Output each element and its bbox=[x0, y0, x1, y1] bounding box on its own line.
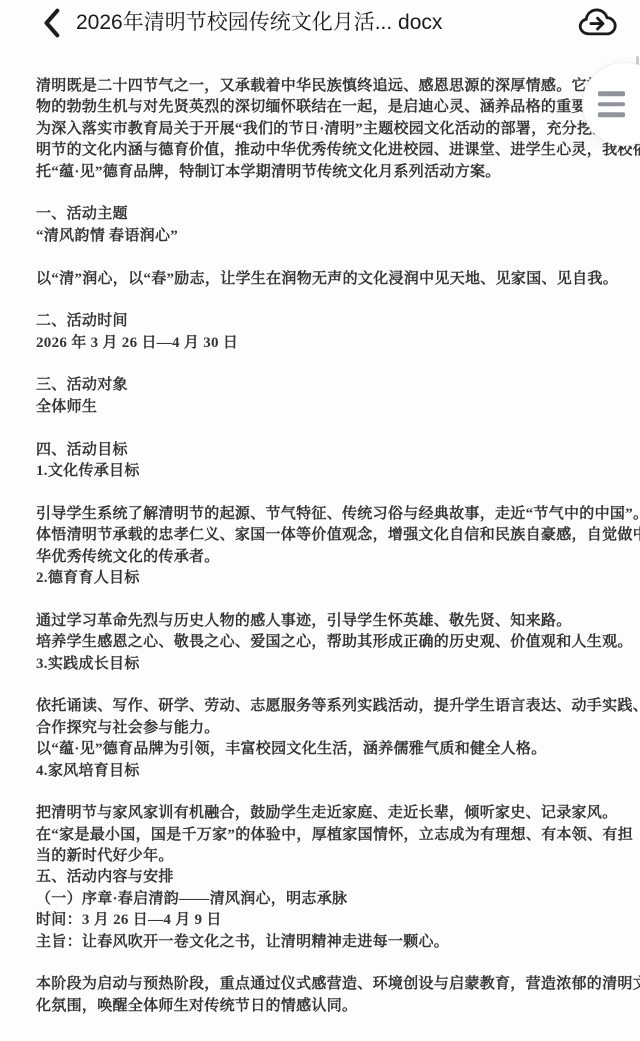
document-line: 全体师生 bbox=[36, 397, 640, 418]
document-line: 五、活动内容与安排 bbox=[36, 867, 640, 888]
document-line bbox=[36, 290, 640, 311]
cloud-upload-icon bbox=[577, 6, 619, 40]
document-line: 通过学习革命先烈与历史人物的感人事迹，引导学生怀英雄、敬先贤、知来路。 bbox=[36, 611, 640, 632]
document-line: 1.文化传承目标 bbox=[36, 461, 640, 482]
document-line: 4.家风培育目标 bbox=[36, 761, 640, 782]
document-line bbox=[36, 183, 640, 204]
document-line: 托“蕴·见”德育品牌，特制订本学期清明节传统文化月系列活动方案。 bbox=[36, 162, 640, 183]
document-line: 化氛围，唤醒全体师生对传统节日的情感认同。 bbox=[36, 996, 640, 1017]
document-body: 清明既是二十四节气之一，又承载着中华民族慎终追远、感恩思源的深厚情感。它把自然物… bbox=[36, 76, 640, 1017]
document-line: 以“清”润心，以“春”励志，让学生在润物无声的文化浸润中见天地、见家国、见自我。 bbox=[36, 269, 640, 290]
document-viewer[interactable]: 清明既是二十四节气之一，又承载着中华民族慎终追远、感恩思源的深厚情感。它把自然物… bbox=[0, 0, 640, 1041]
document-line bbox=[36, 354, 640, 375]
document-line: 2.德育育人目标 bbox=[36, 568, 640, 589]
document-line: 引导学生系统了解清明节的起源、节气特征、传统习俗与经典故事，走近“节气中的中国”… bbox=[36, 504, 640, 525]
back-button[interactable] bbox=[36, 6, 66, 40]
share-button[interactable] bbox=[576, 4, 620, 42]
document-line: 本阶段为启动与预热阶段，重点通过仪式感营造、环境创设与启蒙教育，营造浓郁的清明文 bbox=[36, 974, 640, 995]
document-line bbox=[36, 782, 640, 803]
document-line: 时间：3 月 26 日—4 月 9 日 bbox=[36, 910, 640, 931]
document-line: “清风韵情 春语润心” bbox=[36, 226, 640, 247]
chevron-left-icon bbox=[41, 8, 61, 38]
document-line bbox=[36, 675, 640, 696]
document-line: 物的勃勃生机与对先贤英烈的深切缅怀联结在一起，是启迪心灵、涵养品格的重要教育契 bbox=[36, 97, 640, 118]
document-line: 在“家是最小国，国是千万家”的体验中，厚植家国情怀，立志成为有理想、有本领、有担 bbox=[36, 825, 640, 846]
document-line: 清明既是二十四节气之一，又承载着中华民族慎终追远、感恩思源的深厚情感。它把自然 bbox=[36, 76, 640, 97]
document-line: 3.实践成长目标 bbox=[36, 654, 640, 675]
document-line: 当的新时代好少年。 bbox=[36, 846, 640, 867]
document-line bbox=[36, 418, 640, 439]
document-line: 体悟清明节承载的忠孝仁义、家国一体等价值观念，增强文化自信和民族自豪感，自觉做中 bbox=[36, 525, 640, 546]
document-line: 培养学生感恩之心、敬畏之心、爱国之心，帮助其形成正确的历史观、价值观和人生观。 bbox=[36, 632, 640, 653]
document-line: 依托诵读、写作、研学、劳动、志愿服务等系列实践活动，提升学生语言表达、动手实践、 bbox=[36, 696, 640, 717]
document-line: 二、活动时间 bbox=[36, 311, 640, 332]
document-line bbox=[36, 247, 640, 268]
document-line: 华优秀传统文化的传承者。 bbox=[36, 547, 640, 568]
document-line bbox=[36, 953, 640, 974]
document-line: 把清明节与家风家训有机融合，鼓励学生走近家庭、走近长辈，倾听家史、记录家风。 bbox=[36, 803, 640, 824]
document-line: 一、活动主题 bbox=[36, 204, 640, 225]
document-line: 以“蕴·见”德育品牌为引领，丰富校园文化生活，涵养儒雅气质和健全人格。 bbox=[36, 739, 640, 760]
document-line bbox=[36, 589, 640, 610]
document-line: 合作探究与社会参与能力。 bbox=[36, 718, 640, 739]
document-line: 明节的文化内涵与德育价值，推动中华优秀传统文化进校园、进课堂、进学生心灵，我校依 bbox=[36, 140, 640, 161]
document-line bbox=[36, 482, 640, 503]
document-line: 主旨：让春风吹开一卷文化之书，让清明精神走进每一颗心。 bbox=[36, 932, 640, 953]
document-line: 四、活动目标 bbox=[36, 440, 640, 461]
document-line: 三、活动对象 bbox=[36, 375, 640, 396]
document-title: 2026年清明节校园传统文化月活... docx bbox=[76, 6, 568, 40]
document-line: 2026 年 3 月 26 日—4 月 30 日 bbox=[36, 333, 640, 354]
title-bar: 2026年清明节校园传统文化月活... docx bbox=[0, 0, 640, 46]
hamburger-menu-icon bbox=[598, 91, 625, 117]
document-line: 为深入落实市教育局关于开展“我们的节日·清明”主题校园文化活动的部署，充分挖掘清 bbox=[36, 119, 640, 140]
document-line: （一）序章·春启清韵——清风润心，明志承脉 bbox=[36, 889, 640, 910]
